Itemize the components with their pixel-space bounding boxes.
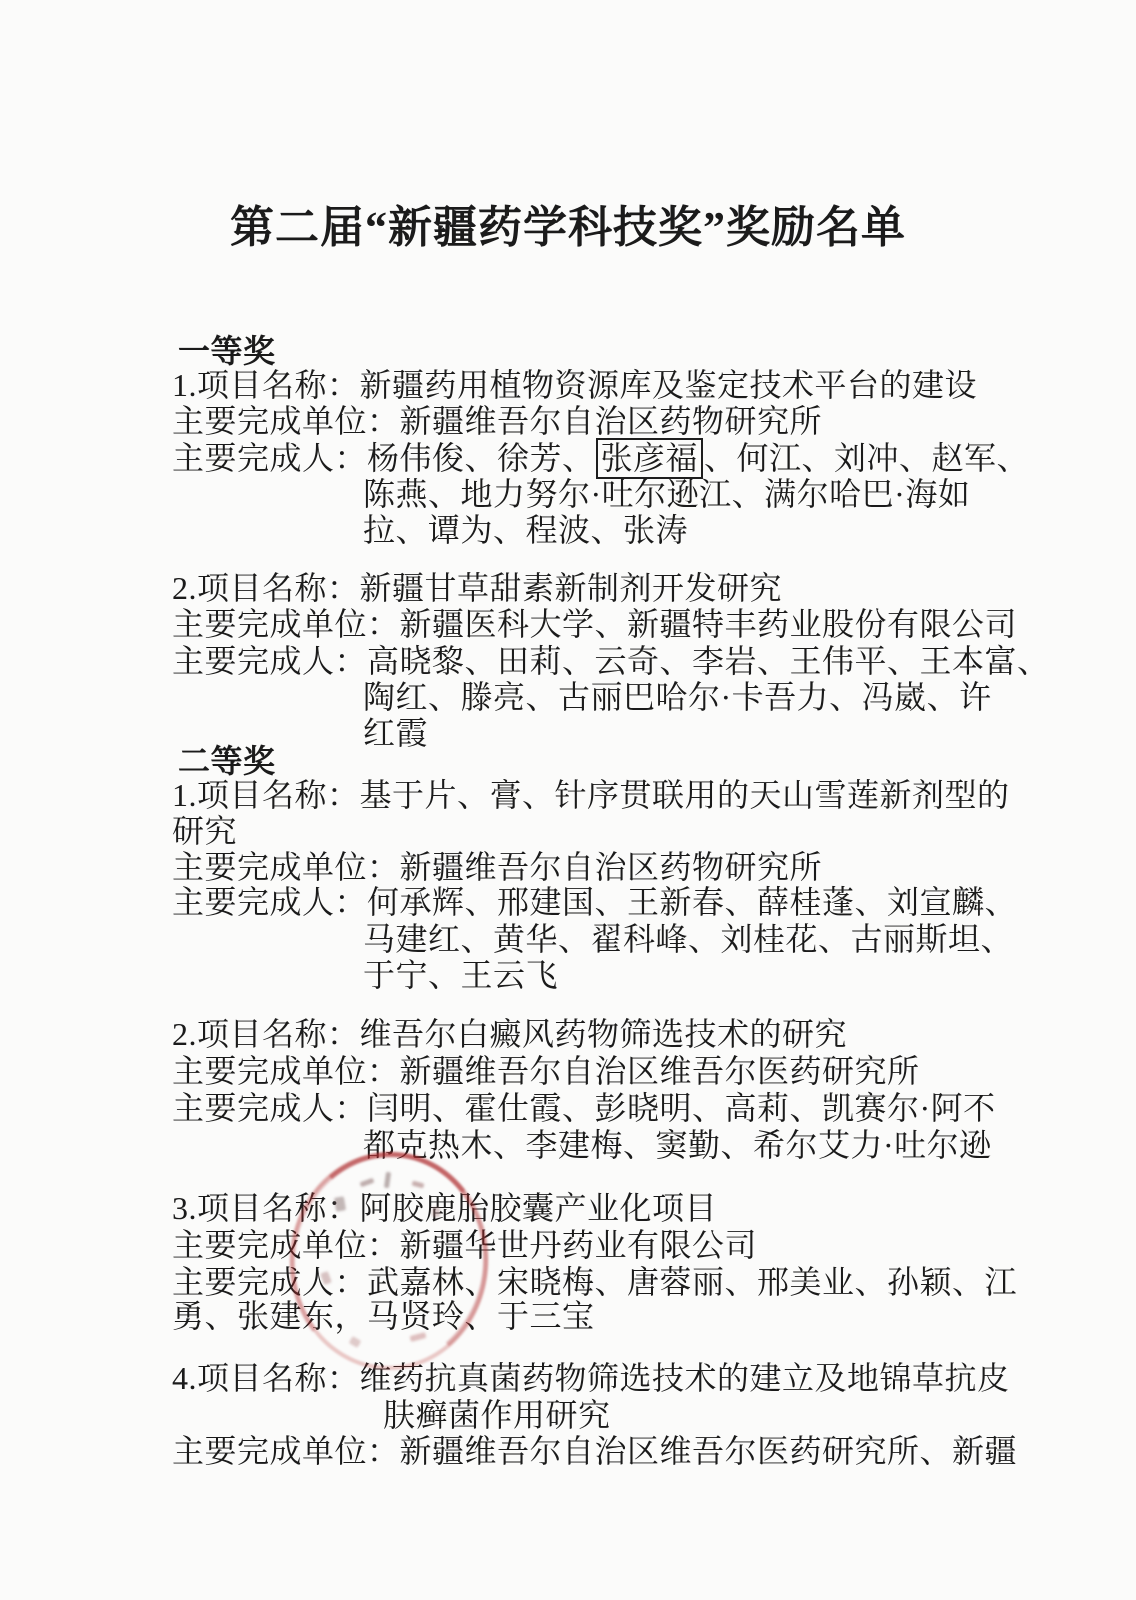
second-prize-heading: 二等奖 <box>178 743 276 779</box>
sp-project3-people-line1: 主要完成人：武嘉林、宋晓梅、唐蓉丽、邢美业、孙颖、江 <box>172 1264 1017 1300</box>
fp-project2-people-line1: 主要完成人：高晓黎、田莉、云奇、李岩、王伟平、王本富、 <box>172 643 1050 679</box>
people-suffix: 、何江、刘冲、赵军、 <box>704 440 1029 476</box>
sp-project4-name-line1: 4.项目名称：维药抗真菌药物筛选技术的建立及地锦草抗皮 <box>172 1360 1010 1396</box>
fp-project1-people-line1: 主要完成人：杨伟俊、徐芳、张彦福、何江、刘冲、赵军、 <box>172 440 1029 476</box>
fp-project2-people-line2: 陶红、滕亮、古丽巴哈尔·卡吾力、冯崴、许 <box>363 679 992 715</box>
seal-smudge <box>349 1336 362 1348</box>
fp-project1-name: 1.项目名称：新疆药用植物资源库及鉴定技术平台的建设 <box>172 367 977 403</box>
seal-smudge <box>384 1172 391 1189</box>
seal-smudge <box>412 1181 425 1189</box>
fp-project1-unit: 主要完成单位：新疆维吾尔自治区药物研究所 <box>172 403 822 439</box>
sp-project1-unit: 主要完成单位：新疆维吾尔自治区药物研究所 <box>172 849 822 885</box>
sp-project1-name-line2: 研究 <box>172 813 237 849</box>
fp-project1-people-line2: 陈燕、地力努尔·吐尔逊江、满尔哈巴·海如 <box>363 476 970 512</box>
people-prefix: 主要完成人：杨伟俊、徐芳、 <box>172 440 595 476</box>
award-title: 第二届“新疆药学科技奖”奖励名单 <box>0 191 1136 255</box>
first-prize-heading: 一等奖 <box>178 333 276 369</box>
sp-project3-name: 3.项目名称：阿胶鹿胎胶囊产业化项目 <box>172 1190 717 1226</box>
sp-project3-people-line2: 勇、张建东，马贤玲、于三宝 <box>172 1298 595 1334</box>
sp-project3-unit: 主要完成单位：新疆华世丹药业有限公司 <box>172 1227 757 1263</box>
sp-project4-name-line2: 肤癣菌作用研究 <box>383 1397 611 1433</box>
sp-project4-unit: 主要完成单位：新疆维吾尔自治区维吾尔医药研究所、新疆 <box>172 1433 1017 1469</box>
fp-project1-people-line3: 拉、谭为、程波、张涛 <box>363 512 688 548</box>
fp-project2-unit: 主要完成单位：新疆医科大学、新疆特丰药业股份有限公司 <box>172 606 1017 642</box>
fp-project2-people-line3: 红霞 <box>363 715 428 751</box>
sp-project1-people-line2: 马建红、黄华、翟科峰、刘桂花、古丽斯坦、 <box>363 921 1013 957</box>
seal-smudge <box>360 1178 375 1187</box>
sp-project2-people-line2: 都克热木、李建梅、窦勤、希尔艾力·吐尔逊 <box>363 1127 992 1163</box>
sp-project1-people-line3: 于宁、王云飞 <box>363 957 558 993</box>
sp-project1-people-line1: 主要完成人：何承辉、邢建国、王新春、薛桂蓬、刘宣麟、 <box>172 884 1017 920</box>
document-page: 第二届“新疆药学科技奖”奖励名单 一等奖 1.项目名称：新疆药用植物资源库及鉴定… <box>0 0 1136 1600</box>
sp-project2-unit: 主要完成单位：新疆维吾尔自治区维吾尔医药研究所 <box>172 1053 920 1089</box>
fp-project2-name: 2.项目名称：新疆甘草甜素新制剂开发研究 <box>172 570 782 606</box>
boxed-contributor-name: 张彦福 <box>596 438 704 479</box>
sp-project2-name: 2.项目名称：维吾尔白癜风药物筛选技术的研究 <box>172 1016 847 1052</box>
sp-project2-people-line1: 主要完成人：闫明、霍仕霞、彭晓明、高莉、凯赛尔·阿不 <box>172 1090 996 1126</box>
sp-project1-name-line1: 1.项目名称：基于片、膏、针序贯联用的天山雪莲新剂型的 <box>172 777 1010 813</box>
